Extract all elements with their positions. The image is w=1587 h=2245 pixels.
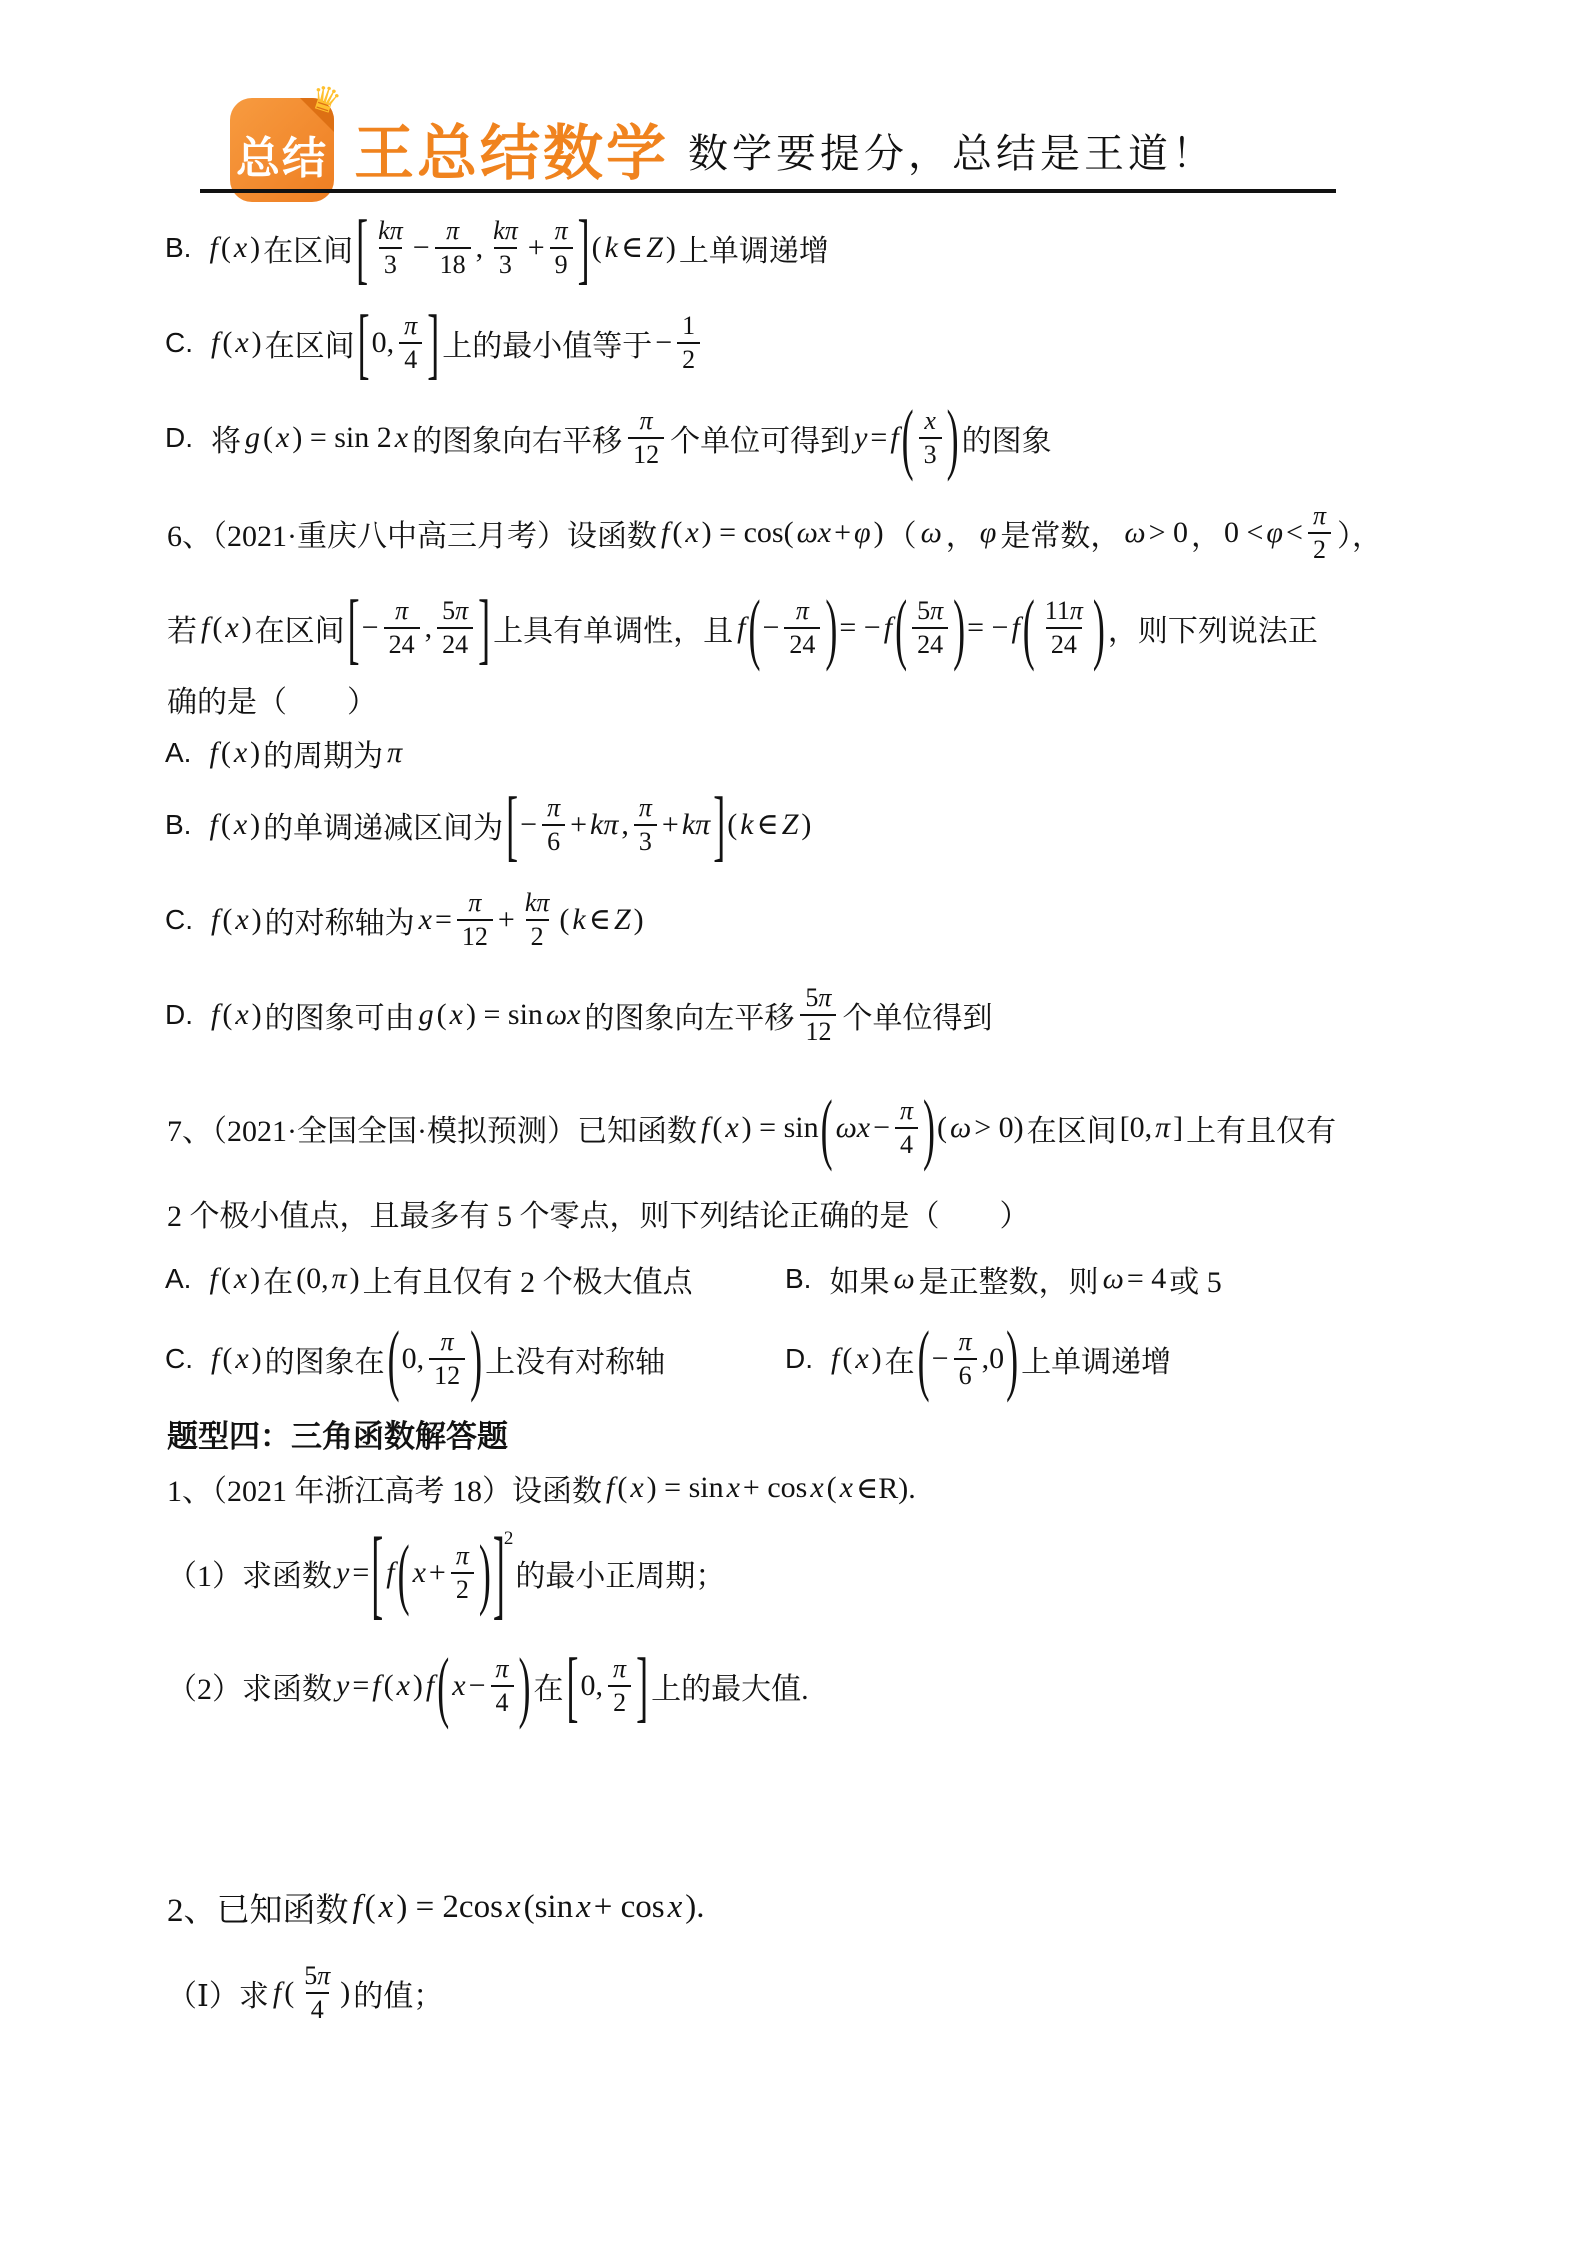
- math-italic: g: [419, 998, 434, 1032]
- fraction-char: 2: [389, 630, 402, 659]
- fraction: π6: [542, 795, 565, 855]
- bracket: ): [1093, 588, 1105, 667]
- bracket: ): [947, 398, 959, 477]
- fraction-num: 5π: [800, 985, 836, 1014]
- content-line: 6、（2021·重庆八中高三月考）设函数f(x) = cos(ωx + φ)（ω…: [165, 485, 1477, 580]
- math-italic: k: [605, 231, 618, 265]
- math-roman: ): [252, 903, 262, 937]
- bracket: [: [506, 785, 518, 864]
- fraction-char: 4: [900, 1130, 913, 1159]
- fraction-char: k: [378, 216, 390, 245]
- fraction-char: k: [493, 216, 505, 245]
- option-label: C.: [165, 904, 193, 936]
- math-roman: =: [352, 1669, 369, 1703]
- cjk-text: （: [887, 511, 917, 555]
- fraction-char: 6: [547, 827, 560, 856]
- option-label: A.: [165, 737, 191, 769]
- bracket: ): [470, 1319, 482, 1398]
- fraction-char: 2: [531, 922, 544, 951]
- fraction-den: 6: [542, 824, 565, 855]
- fraction-den: 2: [526, 919, 549, 950]
- math-italic: x: [234, 1262, 247, 1296]
- math-italic: ω: [950, 1111, 971, 1145]
- cjk-text: 2 个极小值点，且最多有 5 个零点，则下列结论正确的是（ ）: [167, 1191, 1030, 1235]
- fraction-char: 2: [1313, 535, 1326, 564]
- math-roman: ): [252, 1342, 262, 1376]
- fraction-char: π: [505, 216, 518, 245]
- fraction-den: 2: [1308, 532, 1331, 563]
- fraction: π12: [429, 1329, 465, 1389]
- math-roman: ,: [476, 231, 484, 265]
- math-roman: (: [592, 231, 602, 265]
- math-roman: (: [842, 1342, 852, 1376]
- fraction-num: 5π: [299, 1963, 335, 1992]
- math-italic: π: [387, 736, 402, 770]
- math-roman: =: [870, 421, 887, 455]
- fraction-den: 12: [800, 1014, 836, 1045]
- cjk-text: 1、（2021 年浙江高考 18）设函数: [167, 1466, 602, 1510]
- math-roman: ): [242, 611, 252, 645]
- fraction-char: 4: [930, 630, 943, 659]
- option-body: f(x)的图象在(0,π12)上没有对称轴: [209, 1329, 667, 1389]
- math-italic: f: [211, 998, 219, 1032]
- math-roman: −: [413, 231, 430, 265]
- bracket: [: [356, 208, 368, 287]
- fraction-char: π: [1070, 596, 1083, 625]
- fraction-char: π: [547, 793, 560, 822]
- fraction: 5π12: [800, 985, 836, 1045]
- cjk-text: 上单调递增: [1021, 1337, 1171, 1381]
- fraction-char: π: [818, 983, 831, 1012]
- fraction-char: π: [555, 216, 568, 245]
- option-label: C.: [165, 327, 193, 359]
- fraction-den: 9: [550, 247, 573, 278]
- bracket: [: [348, 588, 360, 667]
- fraction-char: π: [390, 216, 403, 245]
- math-italic: f: [701, 1111, 709, 1145]
- bracket: (: [895, 588, 907, 667]
- bracket: ): [923, 1088, 935, 1167]
- math-roman: ) = sin 2: [292, 421, 391, 455]
- bracket: [: [358, 303, 370, 382]
- fraction-char: 5: [442, 596, 455, 625]
- fraction-char: 3: [499, 250, 512, 279]
- content-line: 若f(x)在区间[−π24,5π24]上具有单调性，且f(−π24) = −f(…: [165, 580, 1477, 675]
- content-line: （2）求函数y = f(x)f(x − π4)在[0,π2]上的最大值.: [165, 1636, 1477, 1736]
- fraction: π24: [384, 598, 420, 658]
- math-roman: <: [1286, 516, 1303, 550]
- math-roman: ∈: [621, 230, 643, 265]
- fraction-char: π: [404, 311, 417, 340]
- math-roman: −: [362, 611, 379, 645]
- math-roman: ): [634, 903, 644, 937]
- math-italic: f: [273, 1976, 281, 2010]
- math-roman: (: [222, 326, 232, 360]
- fraction: π2: [451, 1543, 474, 1603]
- math-italic: f: [890, 421, 898, 455]
- fraction: π18: [435, 218, 471, 278]
- math-italic: ωx: [546, 998, 581, 1032]
- math-italic: ω: [921, 516, 942, 550]
- cjk-text: 上的最大值.: [651, 1664, 809, 1708]
- fraction-char: 1: [440, 250, 453, 279]
- fraction-char: 2: [613, 1688, 626, 1717]
- fraction: π9: [550, 218, 573, 278]
- math-roman: (: [727, 808, 737, 842]
- fraction-char: π: [796, 596, 809, 625]
- math-roman: ,0: [982, 1342, 1005, 1376]
- fraction: π4: [399, 313, 422, 373]
- fraction-char: 4: [311, 1995, 324, 2024]
- math-italic: f: [831, 1342, 839, 1376]
- math-roman: (: [384, 1669, 394, 1703]
- cjk-text: 上有且仅有: [1186, 1106, 1336, 1150]
- math-roman: =: [435, 903, 452, 937]
- math-roman: (: [672, 516, 682, 550]
- cjk-text: 的图象向右平移: [412, 416, 622, 460]
- math-roman: +: [662, 808, 679, 842]
- fraction: π6: [954, 1329, 977, 1389]
- fraction-den: 24: [437, 627, 473, 658]
- bracket: ): [825, 588, 837, 667]
- math-italic: x: [235, 903, 248, 937]
- fraction-char: 8: [453, 250, 466, 279]
- bracket: ]: [636, 1646, 648, 1725]
- math-italic: x: [413, 1556, 426, 1590]
- math-roman: (0,: [296, 1262, 329, 1296]
- fraction-char: π: [455, 596, 468, 625]
- fraction-num: π: [608, 1656, 631, 1685]
- fraction-char: π: [930, 596, 943, 625]
- fraction-char: 2: [917, 630, 930, 659]
- fraction-char: 4: [1064, 630, 1077, 659]
- math-italic: x: [397, 1669, 410, 1703]
- option-label: D.: [165, 422, 193, 454]
- math-italic: f: [1011, 611, 1019, 645]
- cjk-text: 确的是（ ）: [167, 677, 377, 721]
- option-column: C.f(x)的图象在(0,π12)上没有对称轴: [165, 1329, 785, 1389]
- cjk-text: 是常数，: [1000, 511, 1120, 555]
- bracket: (: [398, 1533, 410, 1612]
- fraction-char: π: [640, 406, 653, 435]
- math-roman: +: [570, 808, 587, 842]
- fraction-den: 4: [306, 1992, 329, 2023]
- math-italic: x: [576, 1889, 591, 1926]
- fraction-char: 1: [682, 311, 695, 340]
- fraction-char: 2: [789, 630, 802, 659]
- cjk-text: 的图象: [962, 416, 1052, 460]
- math-roman: + cos: [594, 1889, 665, 1926]
- cjk-text: ），: [1337, 511, 1382, 555]
- math-roman: −: [932, 1342, 949, 1376]
- fraction: π12: [457, 890, 493, 950]
- math-roman: ) = cos(: [702, 516, 794, 550]
- fraction-char: π: [959, 1327, 972, 1356]
- fraction-num: π: [542, 795, 565, 824]
- math-italic: kπ: [682, 808, 710, 842]
- bracket: (: [388, 1319, 400, 1398]
- fraction-char: 2: [646, 440, 659, 469]
- math-roman: −: [873, 1111, 890, 1145]
- logo-badge-text: 总结: [230, 122, 334, 186]
- fraction-char: 2: [818, 1017, 831, 1046]
- math-italic: f: [201, 611, 209, 645]
- fraction-num: π: [390, 598, 413, 627]
- math-roman: (: [221, 231, 231, 265]
- math-italic: x: [452, 1669, 465, 1703]
- fraction: 5π4: [299, 1963, 335, 2023]
- fraction-char: k: [525, 888, 537, 917]
- brand-wordmark: 王总结数学: [354, 106, 669, 192]
- fraction-den: 2: [677, 342, 700, 373]
- math-roman: =: [352, 1556, 369, 1590]
- math-italic: Z: [614, 903, 631, 937]
- math-roman: (: [937, 1111, 947, 1145]
- math-italic: π: [332, 1262, 347, 1296]
- bracket: ): [519, 1646, 531, 1725]
- math-roman: 0,: [402, 1342, 425, 1376]
- cjk-text: ，: [946, 511, 976, 555]
- math-italic: Z: [646, 231, 663, 265]
- math-italic: f: [211, 1342, 219, 1376]
- fraction-num: π: [1308, 503, 1331, 532]
- math-roman: = −: [967, 611, 1008, 645]
- cjk-text: 的图象向左平移: [584, 993, 794, 1037]
- option-label: B.: [785, 1263, 811, 1295]
- math-italic: f: [737, 611, 745, 645]
- math-roman: ∈R).: [856, 1471, 916, 1506]
- fraction-num: π: [954, 1329, 977, 1358]
- fraction-den: 3: [379, 247, 402, 278]
- fraction-den: 2: [608, 1685, 631, 1716]
- fraction-char: 9: [555, 250, 568, 279]
- cjk-text: 个单位得到: [842, 993, 992, 1037]
- math-roman: ,: [425, 611, 433, 645]
- fraction-den: 4: [491, 1685, 514, 1716]
- bracket: (: [918, 1319, 930, 1398]
- bracket: ]: [713, 785, 725, 864]
- content-line: （Ⅰ）求f(5π4)的值；: [165, 1943, 1477, 2043]
- fraction-char: π: [1313, 501, 1326, 530]
- math-roman: (: [221, 1262, 231, 1296]
- cjk-text: 2、已知函数: [167, 1884, 349, 1931]
- math-roman: ) = 2cos: [396, 1889, 503, 1926]
- cjk-text: 在: [263, 1257, 293, 1301]
- math-roman: (: [222, 903, 232, 937]
- math-roman: ): [340, 1976, 350, 2010]
- math-italic: ω: [1103, 1262, 1124, 1296]
- math-italic: x: [725, 1111, 738, 1145]
- math-roman: 0,: [581, 1669, 604, 1703]
- fraction-den: 12: [457, 919, 493, 950]
- fraction-num: 5π: [912, 598, 948, 627]
- math-italic: f: [209, 808, 217, 842]
- math-roman: (: [212, 611, 222, 645]
- cjk-text: 在区间: [1027, 1106, 1117, 1150]
- cjk-text: 在: [885, 1337, 915, 1381]
- fraction-num: π: [451, 1543, 474, 1572]
- fraction: π12: [628, 408, 664, 468]
- math-italic: x: [234, 231, 247, 265]
- content-line: C.f(x)的图象在(0,π12)上没有对称轴D.f(x)在(−π6,0)上单调…: [165, 1311, 1477, 1406]
- option-label: D.: [785, 1343, 813, 1375]
- bracket: (: [437, 1646, 449, 1725]
- math-roman: = −: [839, 611, 880, 645]
- math-roman: ): [250, 231, 260, 265]
- fraction-num: 11π: [1040, 598, 1088, 627]
- fraction-num: π: [635, 408, 658, 437]
- bracket: [: [371, 1523, 383, 1624]
- content-line: D.将g(x) = sin 2x的图象向右平移π12个单位可得到y = f(x3…: [165, 390, 1477, 485]
- option-label: B.: [165, 809, 191, 841]
- logo-badge: ♛ 总结: [230, 98, 334, 202]
- option-body: f(x)在区间[kπ3−π18,kπ3+π9](k∈Z)上单调递增: [207, 218, 830, 278]
- option-column: D.f(x)在(−π6,0)上单调递增: [785, 1329, 1173, 1389]
- fraction-char: π: [639, 793, 652, 822]
- math-roman: ): [350, 1262, 360, 1296]
- cjk-text: 7、（2021·全国全国·模拟预测）已知函数: [167, 1106, 697, 1150]
- math-roman: (: [365, 1889, 376, 1926]
- math-roman: (: [222, 998, 232, 1032]
- cjk-text: 的最小正周期；: [515, 1551, 725, 1595]
- fraction-char: π: [613, 1654, 626, 1683]
- fraction-den: 18: [435, 247, 471, 278]
- fraction-num: kπ: [373, 218, 408, 247]
- fraction-char: 2: [682, 345, 695, 374]
- content-line: 2 个极小值点，且最多有 5 个零点，则下列结论正确的是（ ）: [165, 1189, 1477, 1237]
- fraction: π2: [1308, 503, 1331, 563]
- math-roman: (: [827, 1471, 837, 1505]
- fraction-char: 1: [1057, 596, 1070, 625]
- math-italic: x: [225, 611, 238, 645]
- cjk-text: 的图象可由: [265, 993, 415, 1037]
- math-roman: ): [252, 998, 262, 1032]
- option-body: f(x)的单调递减区间为[−π6+kπ,π3+kπ](k∈Z): [207, 795, 812, 855]
- math-roman: ): [252, 326, 262, 360]
- math-roman: ) = sin: [742, 1111, 819, 1145]
- cjk-text: ，: [1191, 511, 1221, 555]
- fraction-num: π: [634, 795, 657, 824]
- fraction-den: 24: [384, 627, 420, 658]
- fraction-char: 1: [1045, 596, 1057, 625]
- math-roman: (: [222, 1342, 232, 1376]
- fraction: kπ3: [373, 218, 408, 278]
- math-roman: ): [250, 808, 260, 842]
- fraction-den: 24: [1046, 627, 1082, 658]
- fraction-den: 12: [429, 1358, 465, 1389]
- math-italic: f: [426, 1669, 434, 1703]
- math-roman: + cos: [743, 1471, 807, 1505]
- fraction-char: 4: [402, 630, 415, 659]
- fraction-char: 1: [434, 1361, 447, 1390]
- math-roman: +: [834, 516, 851, 550]
- math-italic: x: [685, 516, 698, 550]
- document-body: B.f(x)在区间[kπ3−π18,kπ3+π9](k∈Z)上单调递增C.f(x…: [165, 200, 1477, 2043]
- math-italic: f: [884, 611, 892, 645]
- math-italic: x: [379, 1889, 394, 1926]
- fraction-char: 3: [639, 827, 652, 856]
- math-italic: Z: [782, 808, 799, 842]
- math-italic: f: [386, 1556, 394, 1590]
- option-body: f(x)的周期为π: [207, 731, 404, 775]
- math-italic: y: [336, 1669, 349, 1703]
- fraction-char: 3: [384, 250, 397, 279]
- content-line: 1、（2021 年浙江高考 18）设函数f(x) = sin x + cos x…: [165, 1464, 1477, 1512]
- math-roman: (: [712, 1111, 722, 1145]
- fraction-den: 3: [634, 824, 657, 855]
- math-roman: ): [801, 808, 811, 842]
- cjk-text: 个单位可得到: [670, 416, 850, 460]
- math-roman: −: [469, 1669, 486, 1703]
- cjk-text: 或 5: [1169, 1257, 1222, 1301]
- option-body: f(x)在区间[0,π4]上的最小值等于−12: [209, 313, 704, 373]
- bracket: (: [1023, 588, 1035, 667]
- math-italic: f: [211, 903, 219, 937]
- math-italic: ω: [1124, 516, 1145, 550]
- fraction-den: 3: [919, 437, 942, 468]
- math-italic: x: [506, 1889, 521, 1926]
- fraction-char: x: [924, 406, 936, 435]
- fraction-char: 5: [917, 596, 930, 625]
- math-italic: kπ: [590, 808, 618, 842]
- math-italic: f: [209, 736, 217, 770]
- math-roman: ∈: [589, 902, 611, 937]
- math-italic: φ: [980, 516, 997, 550]
- fraction: π2: [608, 1656, 631, 1716]
- bracket: ): [479, 1533, 491, 1612]
- fraction-char: π: [395, 596, 408, 625]
- fraction-char: 1: [805, 1017, 818, 1046]
- math-roman: ) = sin: [647, 1471, 724, 1505]
- bracket: ]: [478, 588, 490, 667]
- content-line: （1）求函数y = [f(x + π2)]2的最小正周期；: [165, 1518, 1477, 1628]
- fraction-char: 3: [924, 440, 937, 469]
- math-italic: x: [235, 1342, 248, 1376]
- worksheet-page: ♛ 总结 王总结数学 数学要提分，总结是王道！ B.f(x)在区间[kπ3−π1…: [0, 0, 1587, 2245]
- content-line: B.f(x)的单调递减区间为[−π6+kπ,π3+kπ](k∈Z): [165, 777, 1477, 872]
- math-italic: x: [419, 903, 432, 937]
- content-line: C.f(x)的对称轴为x = π12+kπ2(k∈Z): [165, 872, 1477, 967]
- math-roman: (: [559, 903, 569, 937]
- math-italic: x: [727, 1471, 740, 1505]
- cjk-text: 在区间: [263, 226, 353, 270]
- math-italic: y: [854, 421, 867, 455]
- bracket: (: [902, 398, 914, 477]
- cjk-text: 的对称轴为: [265, 898, 415, 942]
- fraction-num: kπ: [520, 890, 555, 919]
- fraction-num: x: [919, 408, 941, 437]
- option-label: B.: [165, 232, 191, 264]
- cjk-text: 是正整数，则: [919, 1257, 1099, 1301]
- section-heading: 题型四：三角函数解答题: [165, 1410, 1477, 1456]
- math-italic: ωx: [836, 1111, 871, 1145]
- math-italic: ω: [893, 1262, 914, 1296]
- math-italic: π: [1155, 1111, 1170, 1145]
- cjk-text: 上有且仅有 2 个极大值点: [363, 1257, 693, 1301]
- math-roman: (sin: [524, 1889, 574, 1926]
- option-body: 如果ω是正整数，则ω = 4或 5: [827, 1257, 1223, 1301]
- header-rule: [200, 189, 1336, 193]
- math-italic: y: [336, 1556, 349, 1590]
- math-roman: ): [666, 231, 676, 265]
- bracket: ): [953, 588, 965, 667]
- fraction-char: π: [496, 1654, 509, 1683]
- fraction: x3: [919, 408, 942, 468]
- fraction: kπ2: [520, 890, 555, 950]
- content-line: 7、（2021·全国全国·模拟预测）已知函数f(x) = sin(ωx − π4…: [165, 1080, 1477, 1175]
- math-italic: f: [372, 1669, 380, 1703]
- math-roman: (: [437, 998, 447, 1032]
